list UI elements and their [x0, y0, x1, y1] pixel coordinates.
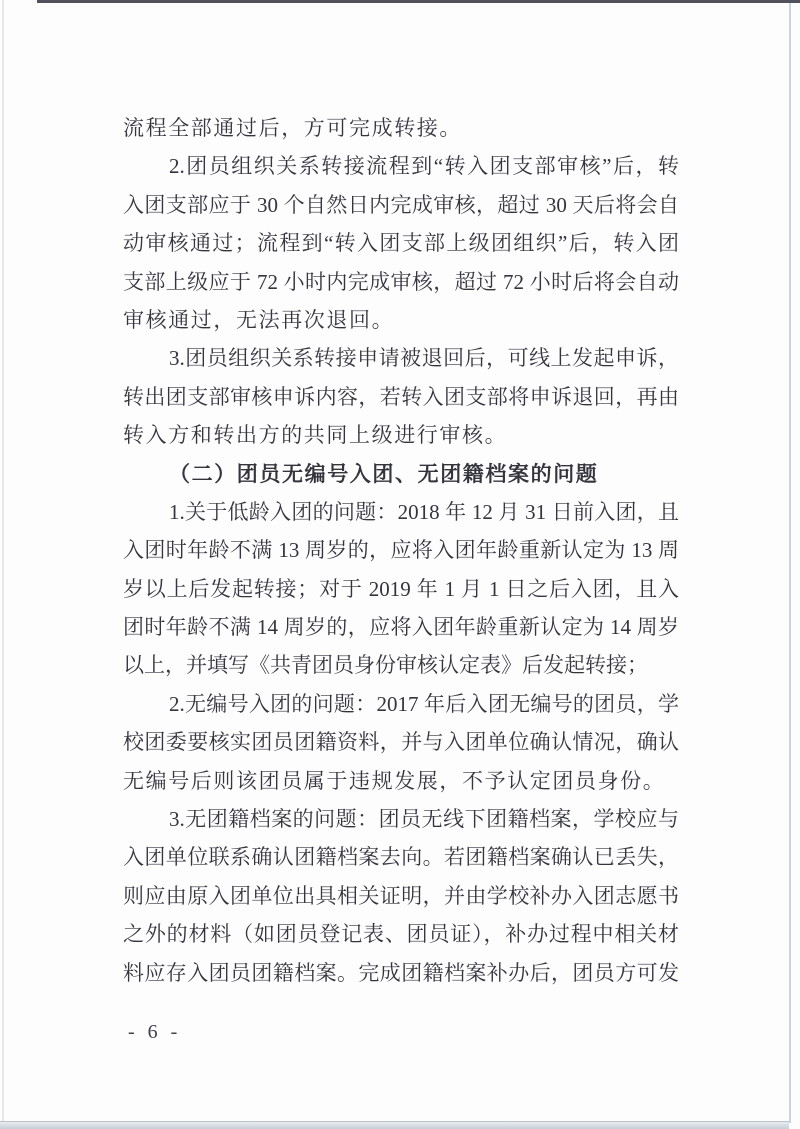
text-line: 之外的材料（如团员登记表、团员证），补办过程中相关材: [123, 915, 679, 953]
text-line: 转出团支部审核申诉内容，若转入团支部将申诉退回，再由: [123, 378, 679, 416]
text-line: 支部上级应于 72 小时内完成审核，超过 72 小时后将会自动: [123, 263, 679, 301]
text-line: 岁以上后发起转接；对于 2019 年 1 月 1 日之后入团，且入: [123, 570, 679, 608]
text-line: 入团支部应于 30 个自然日内完成审核，超过 30 天后将会自: [123, 186, 679, 224]
text-line: 无编号后则该团员属于违规发展，不予认定团员身份。: [123, 762, 679, 800]
scan-top-edge: [37, 0, 800, 3]
scan-left-edge: [2, 0, 4, 1122]
text-line: 流程全部通过后，方可完成转接。: [123, 109, 679, 147]
section-heading: （二）团员无编号入团、无团籍档案的问题: [123, 455, 679, 493]
text-line: 审核通过，无法再次退回。: [123, 301, 679, 339]
text-line: 1.关于低龄入团的问题：2018 年 12 月 31 日前入团，且: [123, 493, 679, 531]
scan-bottom-edge: [0, 1121, 789, 1129]
text-line: 入团单位联系确认团籍档案去向。若团籍档案确认已丢失，: [123, 838, 679, 876]
text-line: 动审核通过；流程到“转入团支部上级团组织”后，转入团: [123, 224, 679, 262]
text-line: 3.团员组织关系转接申请被退回后，可线上发起申诉，: [123, 339, 679, 377]
scan-right-edge: [789, 3, 791, 1123]
text-line: 以上，并填写《共青团员身份审核认定表》后发起转接；: [123, 646, 679, 684]
text-line: 2.无编号入团的问题：2017 年后入团无编号的团员，学: [123, 685, 679, 723]
text-line: 转入方和转出方的共同上级进行审核。: [123, 416, 679, 454]
page-number: - 6 -: [128, 1021, 181, 1044]
text-line: 2.团员组织关系转接流程到“转入团支部审核”后，转: [123, 147, 679, 185]
text-line: 则应由原入团单位出具相关证明，并由学校补办入团志愿书: [123, 877, 679, 915]
text-line: 入团时年龄不满 13 周岁的，应将入团年龄重新认定为 13 周: [123, 531, 679, 569]
document-body: 流程全部通过后，方可完成转接。 2.团员组织关系转接流程到“转入团支部审核”后，…: [123, 109, 679, 992]
text-line: 料应存入团员团籍档案。完成团籍档案补办后，团员方可发: [123, 954, 679, 992]
text-line: 校团委要核实团员团籍资料，并与入团单位确认情况，确认: [123, 723, 679, 761]
text-line: 3.无团籍档案的问题：团员无线下团籍档案，学校应与: [123, 800, 679, 838]
text-line: 团时年龄不满 14 周岁的，应将入团年龄重新认定为 14 周岁: [123, 608, 679, 646]
